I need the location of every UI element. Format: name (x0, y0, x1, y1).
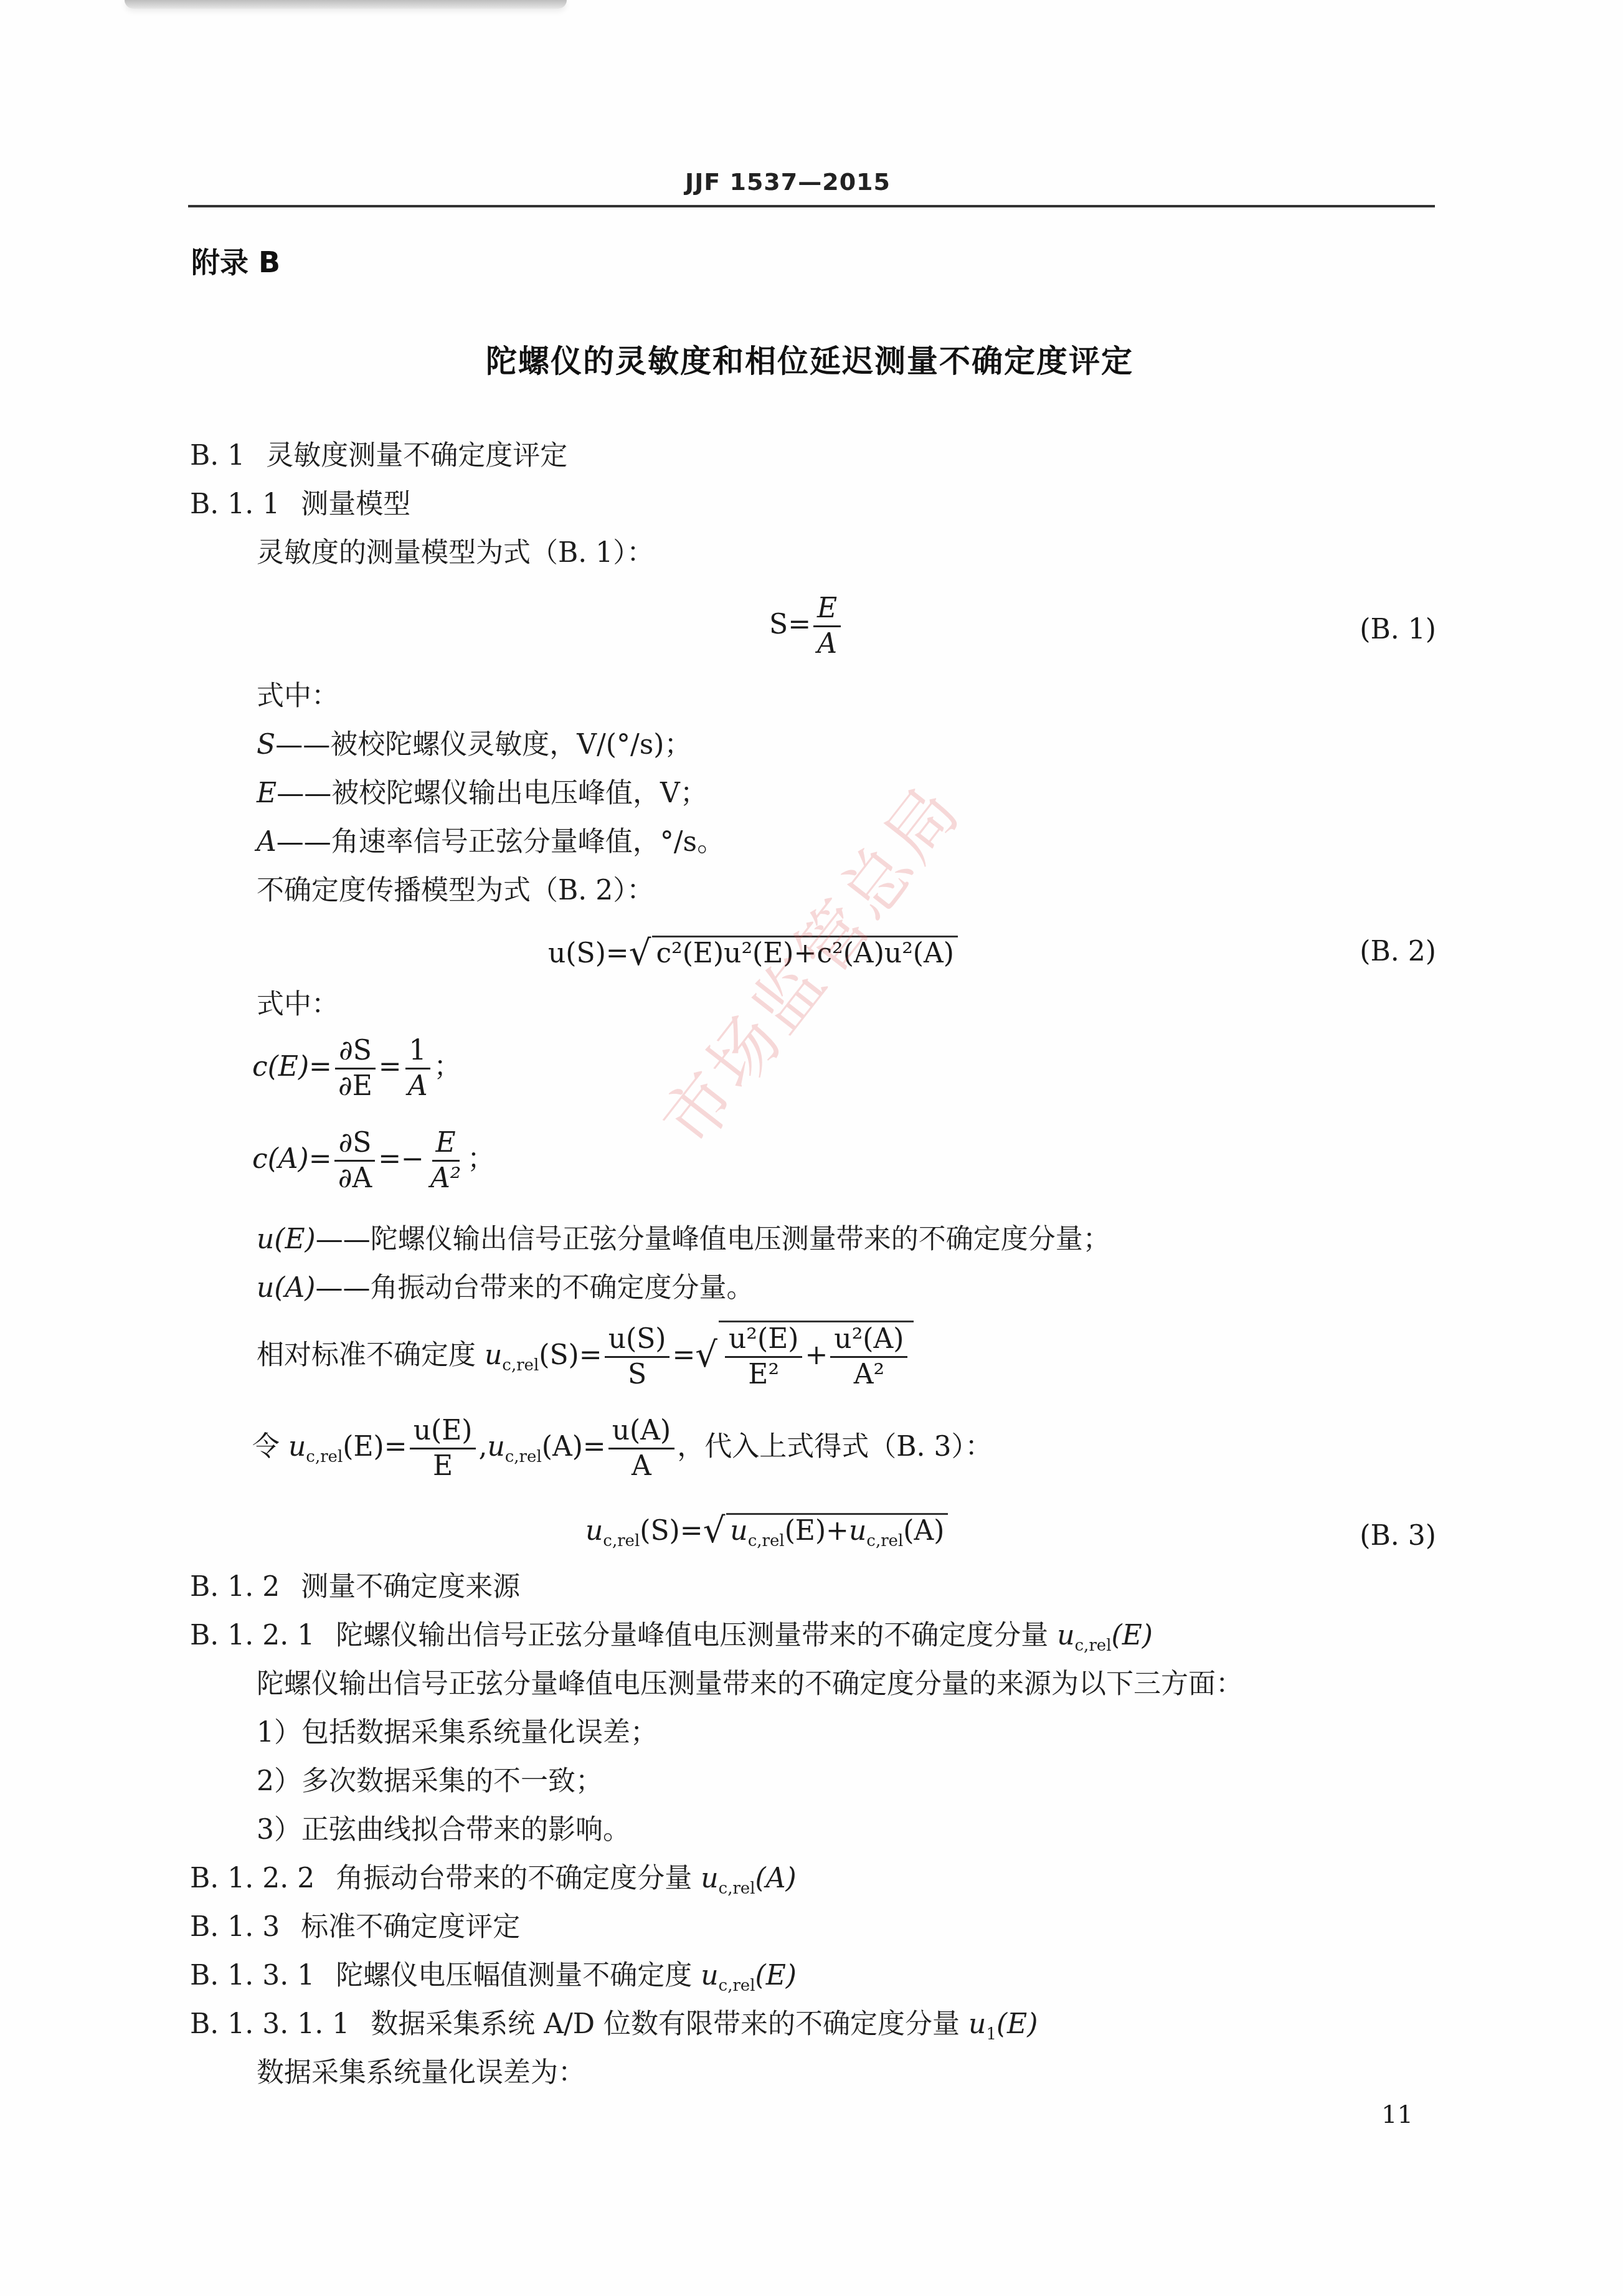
definition-item: u(E)——陀螺仪输出信号正弦分量峰值电压测量带来的不确定度分量； (257, 1222, 1110, 1257)
list-item: 1）包括数据采集系统量化误差； (257, 1715, 658, 1750)
paragraph: 数据采集系统量化误差为： (257, 2056, 585, 2090)
section-number: B. 1 (190, 439, 245, 473)
equation-cA: c(A)=∂S∂A=−EA²； (252, 1126, 494, 1195)
equation-b1: S=EA (769, 592, 843, 661)
equation-b3: uc,rel(S)=√uc,rel(E)+uc,rel(A) (585, 1511, 948, 1551)
header-rule (188, 205, 1435, 207)
page-title: 陀螺仪的灵敏度和相位延迟测量不确定度评定 (187, 336, 1432, 381)
section-b1-3: B. 1. 3标准不确定度评定 (190, 1910, 520, 1945)
section-b1-2-2: B. 1. 2. 2角振动台带来的不确定度分量 uc,rel(A) (190, 1861, 797, 1906)
section-b1-2-1: B. 1. 2. 1陀螺仪输出信号正弦分量峰值电压测量带来的不确定度分量 uc,… (190, 1618, 1153, 1663)
where-label: 式中： (257, 987, 339, 1022)
section-b1-1: B. 1. 1测量模型 (190, 487, 410, 522)
equation-let: 令 uc,rel(E)=u(E)E,uc,rel(A)=u(A)A，代入上式得式… (252, 1414, 993, 1483)
definition-item: A——角速率信号正弦分量峰值，°/s。 (257, 825, 724, 860)
definition-item: u(A)——角振动台带来的不确定度分量。 (257, 1271, 754, 1306)
viewer-top-bar (125, 0, 567, 9)
paragraph: 灵敏度的测量模型为式（B. 1）： (257, 536, 654, 571)
definition-item: E——被校陀螺仪输出电压峰值，V； (257, 776, 707, 811)
section-b1-3-1: B. 1. 3. 1陀螺仪电压幅值测量不确定度 uc,rel(E) (190, 1958, 797, 2003)
where-label: 式中： (257, 679, 339, 714)
paragraph: 陀螺仪输出信号正弦分量峰值电压测量带来的不确定度分量的来源为以下三方面： (257, 1667, 1243, 1702)
equation-cE: c(E)=∂S∂E=1A； (252, 1034, 461, 1103)
section-number: B. 1. 1 (190, 487, 280, 522)
list-item: 3）正弦曲线拟合带来的影响。 (257, 1813, 630, 1848)
equation-number: (B. 1) (1360, 614, 1436, 645)
section-b1-3-1-1: B. 1. 3. 1. 1数据采集系统 A/D 位数有限带来的不确定度分量 u1… (190, 2007, 1038, 2052)
list-item: 2）多次数据采集的不一致； (257, 1764, 603, 1799)
section-b1: B. 1灵敏度测量不确定度评定 (190, 439, 567, 473)
paragraph: 不确定度传播模型为式（B. 2）： (257, 873, 654, 908)
definition-item: S——被校陀螺仪灵敏度，V/(°/s)； (257, 728, 692, 762)
fraction: EA (813, 592, 841, 661)
section-b1-2: B. 1. 2测量不确定度来源 (190, 1570, 520, 1605)
appendix-label: 附录 B (191, 240, 280, 281)
equation-number: (B. 2) (1360, 936, 1436, 967)
equation-b2: u(S)=√c²(E)u²(E)+c²(A)u²(A) (548, 933, 958, 974)
equation-number: (B. 3) (1360, 1520, 1436, 1552)
running-header: JJF 1537—2015 (187, 168, 1389, 196)
section-heading: 测量模型 (301, 488, 410, 520)
equation-relative-uncertainty: 相对标准不确定度 uc,rel(S)=u(S)S=√u²(E)E²+u²(A)A… (257, 1321, 914, 1392)
page-number: 11 (1381, 2100, 1413, 2129)
section-heading: 灵敏度测量不确定度评定 (266, 440, 567, 472)
